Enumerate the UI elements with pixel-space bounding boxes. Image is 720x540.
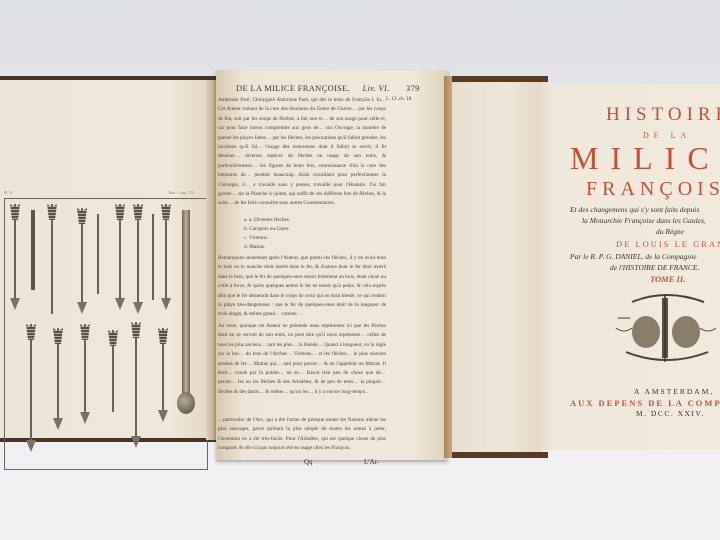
paragraph-2: Remarquons seulement après l'Auteur, que… — [218, 254, 386, 320]
mace-head-illustration — [177, 392, 195, 414]
arrow-illustration — [135, 322, 137, 438]
imprint-publisher: AUX DEPENS DE LA COMPAGNIE. — [570, 398, 720, 408]
author-line-1: Par le R. P. G. DANIEL, de la Compagnie — [570, 252, 697, 261]
title-francoise: FRANÇOISE — [586, 178, 720, 201]
arrow-illustration — [137, 204, 139, 304]
arrow-illustration — [51, 204, 53, 314]
title-de-la: DE LA — [643, 131, 691, 140]
subtitle-line-2: la Monarchie Françoise dans les Gaules, — [582, 216, 706, 225]
title-page: HISTOIRE DE LA MILICE FRANÇOISE Et des c… — [540, 84, 720, 450]
running-head-title: DE LA MILICE FRANÇOISE. — [236, 83, 350, 93]
reign-line: DE LOUIS LE GRAND. — [616, 239, 720, 249]
page-number: 379 — [406, 83, 420, 93]
author-line-2: de l'HISTOIRE DE FRANCE. — [610, 263, 699, 272]
engraved-plate-page: Pl. II Tom. I. pag. 374 — [0, 80, 214, 438]
imprint-city: A AMSTERDAM, — [634, 387, 714, 396]
volume-label: TOME II. — [650, 274, 685, 284]
title-histoire: HISTOIRE — [606, 104, 720, 126]
arrow-illustration — [84, 324, 86, 414]
arrow-illustration — [119, 204, 121, 300]
subtitle-line-3: du Règne — [656, 227, 684, 236]
legend-item: d. Matras. — [244, 243, 290, 252]
arrow-illustration — [57, 328, 59, 420]
book-reference: Liv. VI. — [363, 83, 390, 93]
arrow-illustration — [14, 204, 16, 300]
text-page: DE LA MILICE FRANÇOISE. Liv. VI. 379 L. … — [216, 70, 448, 460]
signature-mark: Qq — [304, 458, 313, 466]
paragraph-4: …particulier de l'Arc, qui a été l'arme … — [218, 416, 386, 454]
arrow-illustration — [30, 324, 32, 442]
plate-heading-right: Tom. I. pag. 374 — [168, 190, 194, 195]
margin-note: L. 12. ch. 18. — [386, 97, 413, 102]
legend-item: a. a. Diverses flèches. — [244, 216, 290, 225]
plate-legend: a. a. Diverses flèches. b. Carquois ou G… — [244, 216, 290, 252]
legend-item: c. Viretons. — [244, 234, 290, 243]
title-vignette-engraving — [612, 288, 720, 370]
arrow-illustration — [112, 330, 114, 412]
subtitle-line-1: Et des changemens qui s'y sont faits dep… — [570, 205, 699, 214]
paragraph-1: Ambroise Paré, Chirurgien Ambroise Paré,… — [218, 96, 386, 218]
running-head: DE LA MILICE FRANÇOISE. Liv. VI. 379 — [236, 83, 420, 93]
paragraph-3: Au reste, quoique cet Auteur ne prétende… — [218, 322, 386, 416]
catchword: L'Ar- — [364, 458, 379, 466]
arrow-illustration — [152, 214, 154, 300]
title-milice: MILICE — [570, 140, 720, 177]
endpaper — [452, 82, 542, 452]
arrow-illustration — [31, 210, 35, 290]
right-book-cover-bottom — [452, 452, 548, 458]
arrow-illustration — [97, 214, 99, 294]
imprint-year: M. DCC. XXIV. — [636, 409, 705, 418]
mace-illustration — [182, 210, 190, 400]
legend-item: b. Carquois ou Garre. — [244, 225, 290, 234]
arrow-illustration — [81, 208, 83, 304]
plate-heading-left: Pl. II — [4, 190, 12, 195]
arrow-illustration — [165, 204, 167, 300]
page-block-edge — [444, 76, 452, 458]
arrow-illustration — [162, 328, 164, 412]
